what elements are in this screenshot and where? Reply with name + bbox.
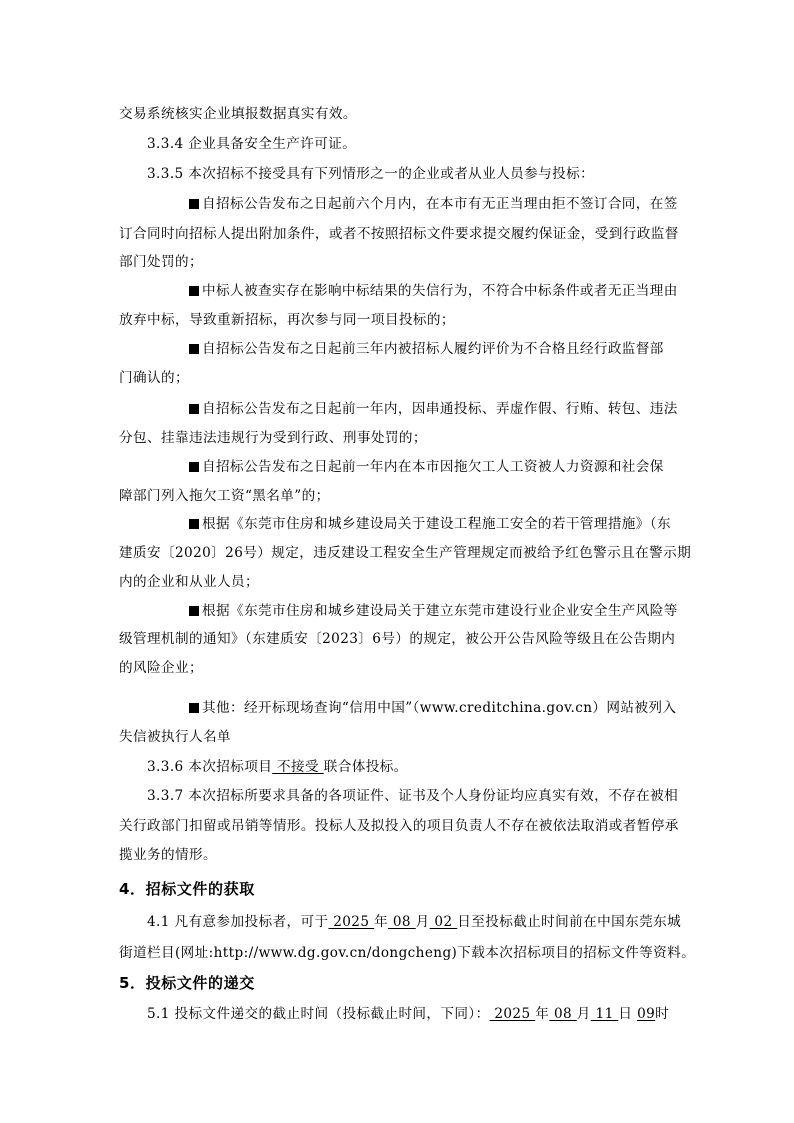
document-page: 交易系统核实企业填报数据真实有效。 3.3.4 企业具备安全生产许可证。 3.3… (0, 0, 794, 1123)
paragraph-line: 揽业务的情形。 (119, 845, 675, 865)
paragraph-line: 门确认的； (119, 368, 675, 388)
bullet-item: 自招标公告发布之日起前一年内，因串通投标、弄虚作假、行贿、转包、违法 (189, 399, 745, 419)
section-heading-4: 4．招标文件的获取 (119, 879, 675, 899)
bullet-item: 自招标公告发布之日起前三年内被招标人履约评价为不合格且经行政监督部 (189, 339, 745, 359)
bullet-item: 其他：经开标现场查询“信用中国”（www.creditchina.gov.cn）… (189, 698, 745, 718)
paragraph-line: 分包、挂靠违法违规行为受到行政、刑事处罚的； (119, 428, 675, 448)
month-field: 08 (388, 914, 416, 930)
square-bullet-icon (189, 344, 199, 354)
year-field: 2025 (328, 914, 374, 930)
paragraph-line: 障部门列入拖欠工资“黑名单”的； (119, 486, 675, 506)
paragraph-line: 失信被执行人名单 (119, 727, 675, 747)
square-bullet-icon (189, 199, 199, 209)
bullet-item: 根据《东莞市住房和城乡建设局关于建立东莞市建设行业企业安全生产风险等 (189, 601, 745, 621)
clause-3-3-6: 3.3.6 本次招标项目 不接受 联合体投标。 (147, 757, 703, 777)
hour-field: 09 (637, 1006, 655, 1022)
bullet-item: 根据《东莞市住房和城乡建设局关于建设工程施工安全的若干管理措施》（东 (189, 514, 745, 534)
bullet-item: 中标人被查实存在影响中标结果的失信行为，不符合中标条件或者无正当理由 (189, 281, 745, 301)
day-field: 11 (591, 1006, 619, 1022)
clause-5-1: 5.1 投标文件递交的截止时间（投标截止时间，下同）： 2025 年 08 月 … (147, 1004, 703, 1024)
day-field: 02 (430, 914, 458, 930)
section-heading-5: 5．投标文件的递交 (119, 973, 675, 993)
paragraph-line: 交易系统核实企业填报数据真实有效。 (119, 104, 675, 124)
bullet-item: 自招标公告发布之日起前六个月内，在本市有无正当理由拒不签订合同，在签 (189, 194, 745, 214)
paragraph-line: 订合同时向招标人提出附加条件，或者不按照招标文件要求提交履约保证金，受到行政监督 (119, 224, 675, 244)
paragraph-line: 放弃中标，导致重新招标，再次参与同一项目投标的； (119, 310, 675, 330)
square-bullet-icon (189, 703, 199, 713)
paragraph-line: 的风险企业； (119, 658, 675, 678)
paragraph-line: 部门处罚的； (119, 252, 675, 272)
underlined-field: 不接受 (272, 759, 323, 775)
paragraph-line: 内的企业和从业人员； (119, 572, 675, 592)
square-bullet-icon (189, 286, 199, 296)
clause-3-3-4: 3.3.4 企业具备安全生产许可证。 (147, 134, 703, 154)
clause-4-1: 4.1 凡有意参加投标者，可于 2025 年 08 月 02 日至投标截止时间前… (147, 912, 703, 932)
square-bullet-icon (189, 519, 199, 529)
clause-3-3-7: 3.3.7 本次招标所要求具备的各项证件、证书及个人身份证均应真实有效，不存在被… (147, 786, 703, 806)
square-bullet-icon (189, 606, 199, 616)
month-field: 08 (549, 1006, 577, 1022)
paragraph-line: 建质安〔2020〕26号）规定，违反建设工程安全生产管理规定而被给予红色警示且在… (119, 543, 675, 563)
paragraph-line: 关行政部门扣留或吊销等情形。投标人及拟投入的项目负责人不存在被依法取消或者暂停承 (119, 816, 675, 836)
bullet-item: 自招标公告发布之日起前一年内在本市因拖欠工人工资被人力资源和社会保 (189, 457, 745, 477)
paragraph-line: 级管理机制的通知》（东建质安〔2023〕6号）的规定，被公开公告风险等级且在公告… (119, 629, 675, 649)
paragraph-line: 街道栏目(网址:http://www.dg.gov.cn/dongcheng)下… (119, 943, 675, 963)
square-bullet-icon (189, 462, 199, 472)
year-field: 2025 (490, 1006, 536, 1022)
clause-3-3-5: 3.3.5 本次招标不接受具有下列情形之一的企业或者从业人员参与投标： (147, 164, 703, 184)
square-bullet-icon (189, 404, 199, 414)
